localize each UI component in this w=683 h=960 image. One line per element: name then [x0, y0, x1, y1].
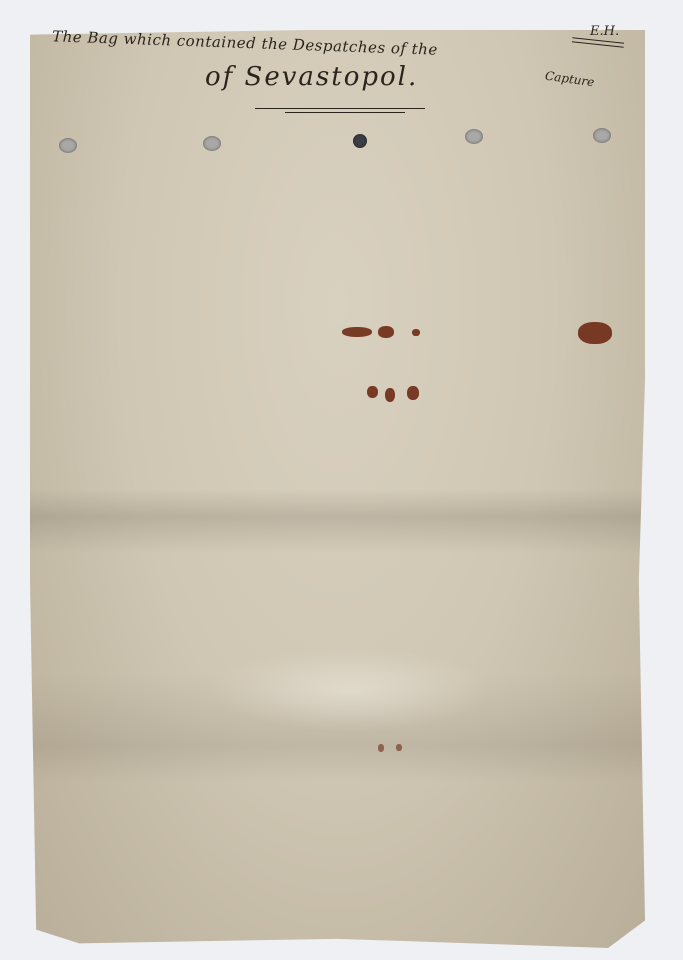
inscription-line-2: of Sevastopol. [205, 62, 418, 92]
stain [367, 386, 378, 398]
stain [407, 386, 419, 400]
leather-despatch-bag [30, 30, 645, 948]
inscription-underline-2 [285, 112, 405, 113]
inscription-underline [255, 108, 425, 109]
stain [378, 744, 384, 752]
lacing-hole [59, 138, 77, 153]
initials-mark: E.H. [590, 24, 619, 39]
lacing-hole [353, 134, 367, 148]
stain [396, 744, 402, 751]
stain [578, 322, 612, 344]
lacing-hole [203, 136, 221, 151]
lacing-hole [465, 129, 483, 144]
stain [412, 329, 420, 336]
lacing-hole [593, 128, 611, 143]
stain [385, 388, 395, 402]
stain [378, 326, 394, 338]
stain [342, 327, 372, 337]
